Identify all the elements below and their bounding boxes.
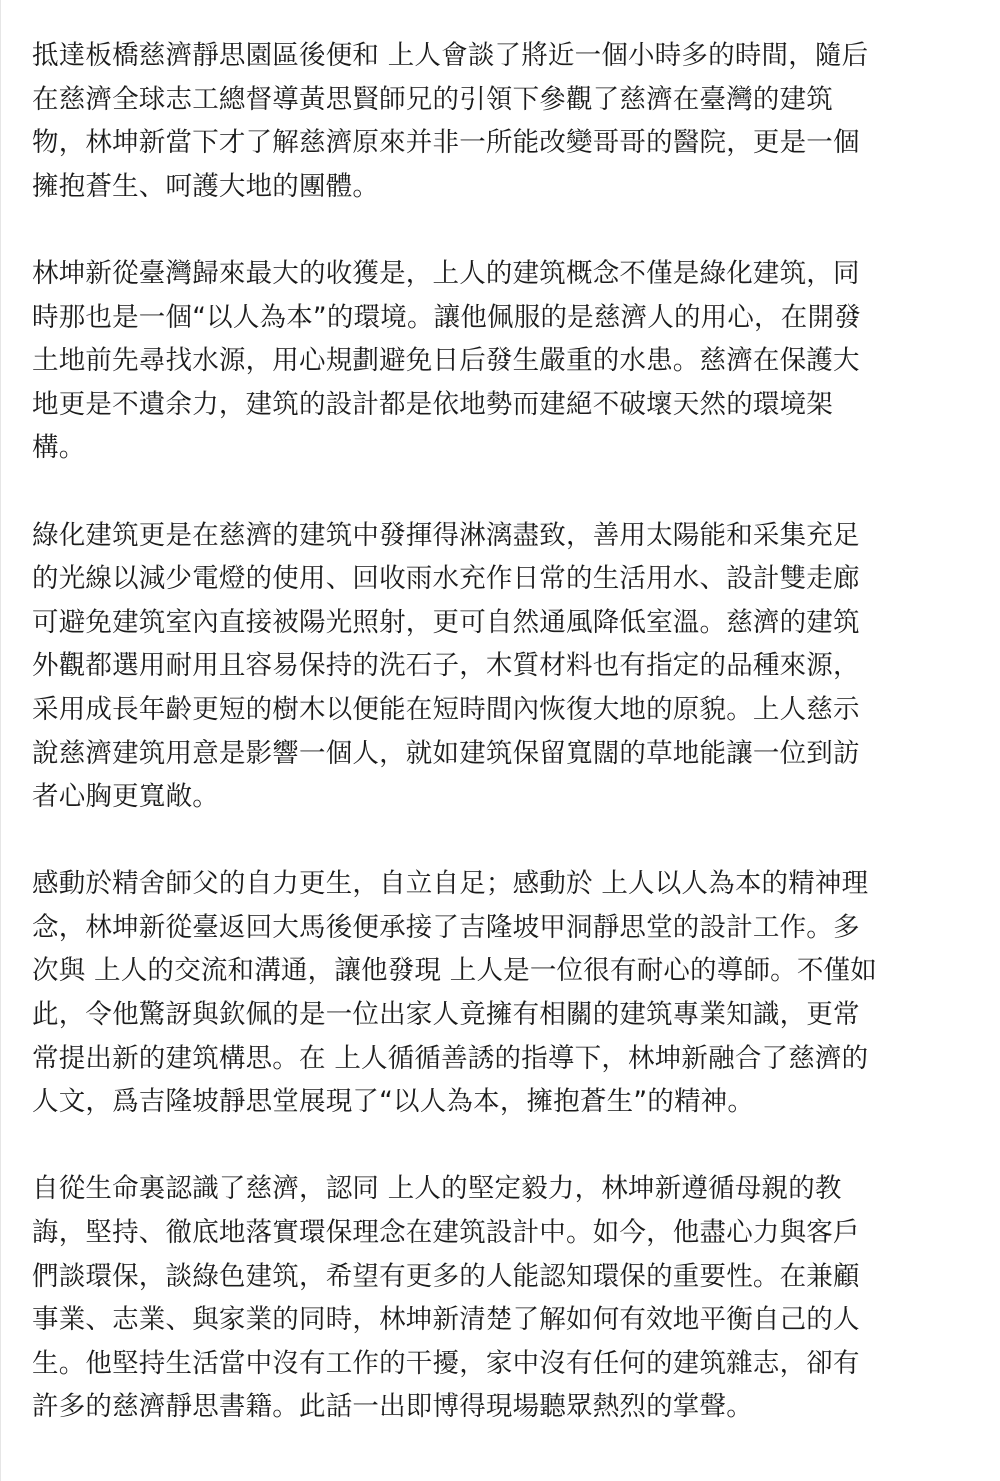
text-line: 們談環保，談綠色建筑，希望有更多的人能認知環保的重要性。在兼顧 bbox=[32, 1255, 982, 1299]
text-line: 抵達板橋慈濟靜思園區後便和 上人會談了將近一個小時多的時間，隨后 bbox=[32, 34, 982, 78]
text-line: 外觀都選用耐用且容易保持的洗石子，木質材料也有指定的品種來源， bbox=[32, 644, 982, 688]
text-line: 時那也是一個“以人為本”的環境。讓他佩服的是慈濟人的用心，在開發 bbox=[32, 296, 982, 340]
text-line: 林坤新從臺灣歸來最大的收獲是，上人的建筑概念不僅是綠化建筑，同 bbox=[32, 252, 982, 296]
text-line: 地更是不遺余力，建筑的設計都是依地勢而建絕不破壞天然的環境架 bbox=[32, 383, 982, 427]
page: 抵達板橋慈濟靜思園區後便和 上人會談了將近一個小時多的時間，隨后 在慈濟全球志工… bbox=[0, 0, 1000, 1481]
text-line: 自從生命裏認識了慈濟，認同 上人的堅定毅力，林坤新遵循母親的教 bbox=[32, 1167, 982, 1211]
text-line: 許多的慈濟靜思書籍。此話一出即博得現場聽眾熱烈的掌聲。 bbox=[32, 1385, 982, 1429]
text-line: 采用成長年齡更短的樹木以便能在短時間內恢復大地的原貌。上人慈示 bbox=[32, 688, 982, 732]
text-line: 構。 bbox=[32, 426, 982, 470]
text-line: 常提出新的建筑構思。在 上人循循善誘的指導下，林坤新融合了慈濟的 bbox=[32, 1037, 982, 1081]
text-line: 的光線以減少電燈的使用、回收雨水充作日常的生活用水、設計雙走廊 bbox=[32, 557, 982, 601]
text-line: 在慈濟全球志工總督導黃思賢師兄的引領下參觀了慈濟在臺灣的建筑 bbox=[32, 78, 982, 122]
text-line: 綠化建筑更是在慈濟的建筑中發揮得淋漓盡致，善用太陽能和采集充足 bbox=[32, 514, 982, 558]
paragraph-4: 感動於精舍師父的自力更生，自立自足；感動於 上人以人為本的精神理 念，林坤新從臺… bbox=[32, 862, 982, 1124]
text-line: 感動於精舍師父的自力更生，自立自足；感動於 上人以人為本的精神理 bbox=[32, 862, 982, 906]
text-line: 擁抱蒼生、呵護大地的團體。 bbox=[32, 165, 982, 209]
text-line: 此，令他驚訝與欽佩的是一位出家人竟擁有相關的建筑專業知識，更常 bbox=[32, 993, 982, 1037]
text-line: 者心胸更寬敞。 bbox=[32, 775, 982, 819]
paragraph-5: 自從生命裏認識了慈濟，認同 上人的堅定毅力，林坤新遵循母親的教 誨，堅持、徹底地… bbox=[32, 1167, 982, 1429]
paragraph-3: 綠化建筑更是在慈濟的建筑中發揮得淋漓盡致，善用太陽能和采集充足 的光線以減少電燈… bbox=[32, 514, 982, 819]
paragraph-2: 林坤新從臺灣歸來最大的收獲是，上人的建筑概念不僅是綠化建筑，同 時那也是一個“以… bbox=[32, 252, 982, 470]
text-line: 念，林坤新從臺返回大馬後便承接了吉隆坡甲洞靜思堂的設計工作。多 bbox=[32, 906, 982, 950]
paragraph-1: 抵達板橋慈濟靜思園區後便和 上人會談了將近一個小時多的時間，隨后 在慈濟全球志工… bbox=[32, 34, 982, 208]
text-line: 說慈濟建筑用意是影響一個人，就如建筑保留寬闊的草地能讓一位到訪 bbox=[32, 732, 982, 776]
text-line: 事業、志業、與家業的同時，林坤新清楚了解如何有效地平衡自己的人 bbox=[32, 1298, 982, 1342]
text-line: 物，林坤新當下才了解慈濟原來并非一所能改變哥哥的醫院，更是一個 bbox=[32, 121, 982, 165]
text-line: 生。他堅持生活當中沒有工作的干擾，家中沒有任何的建筑雜志，卻有 bbox=[32, 1342, 982, 1386]
article-body: 抵達板橋慈濟靜思園區後便和 上人會談了將近一個小時多的時間，隨后 在慈濟全球志工… bbox=[32, 34, 982, 1473]
text-line: 可避免建筑室內直接被陽光照射，更可自然通風降低室溫。慈濟的建筑 bbox=[32, 601, 982, 645]
text-line: 土地前先尋找水源，用心規劃避免日后發生嚴重的水患。慈濟在保護大 bbox=[32, 339, 982, 383]
text-line: 人文，爲吉隆坡靜思堂展現了“以人為本，擁抱蒼生”的精神。 bbox=[32, 1080, 982, 1124]
text-line: 誨，堅持、徹底地落實環保理念在建筑設計中。如今，他盡心力與客戶 bbox=[32, 1211, 982, 1255]
text-line: 次與 上人的交流和溝通，讓他發現 上人是一位很有耐心的導師。不僅如 bbox=[32, 949, 982, 993]
